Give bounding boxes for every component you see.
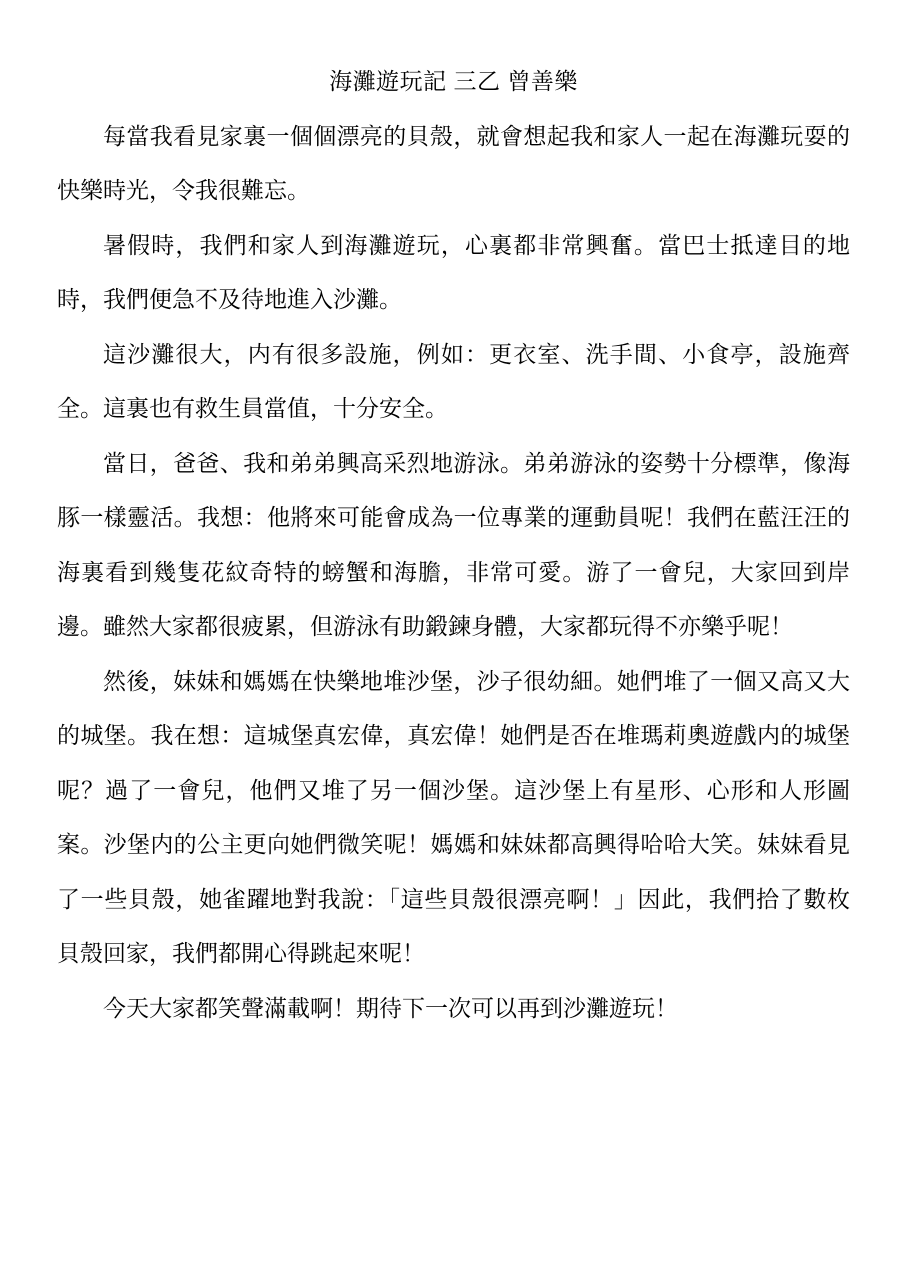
paragraph-swimming: 當日，爸爸、我和弟弟興高采烈地游泳。弟弟游泳的姿勢十分標準，像海豚一樣靈活。我想… <box>57 436 850 654</box>
document-page: 海灘遊玩記 三乙 曾善樂 每當我看見家裏一個個漂亮的貝殼，就會想起我和家人一起在… <box>0 0 905 1280</box>
paragraph-intro: 每當我看見家裏一個個漂亮的貝殼，就會想起我和家人一起在海灘玩耍的快樂時光，令我很… <box>57 109 850 218</box>
essay-title: 海灘遊玩記 三乙 曾善樂 <box>57 54 850 109</box>
paragraph-facilities: 這沙灘很大，内有很多設施，例如：更衣室、洗手間、小食亭，設施齊全。這裏也有救生員… <box>57 327 850 436</box>
essay-body: 每當我看見家裏一個個漂亮的貝殼，就會想起我和家人一起在海灘玩耍的快樂時光，令我很… <box>57 109 850 1036</box>
paragraph-sandcastle: 然後，妹妹和媽媽在快樂地堆沙堡，沙子很幼細。她們堆了一個又高又大的城堡。我在想：… <box>57 654 850 981</box>
paragraph-conclusion: 今天大家都笑聲滿載啊！期待下一次可以再到沙灘遊玩！ <box>57 981 850 1036</box>
paragraph-arrival: 暑假時，我們和家人到海灘遊玩，心裏都非常興奮。當巴士抵達目的地時，我們便急不及待… <box>57 218 850 327</box>
